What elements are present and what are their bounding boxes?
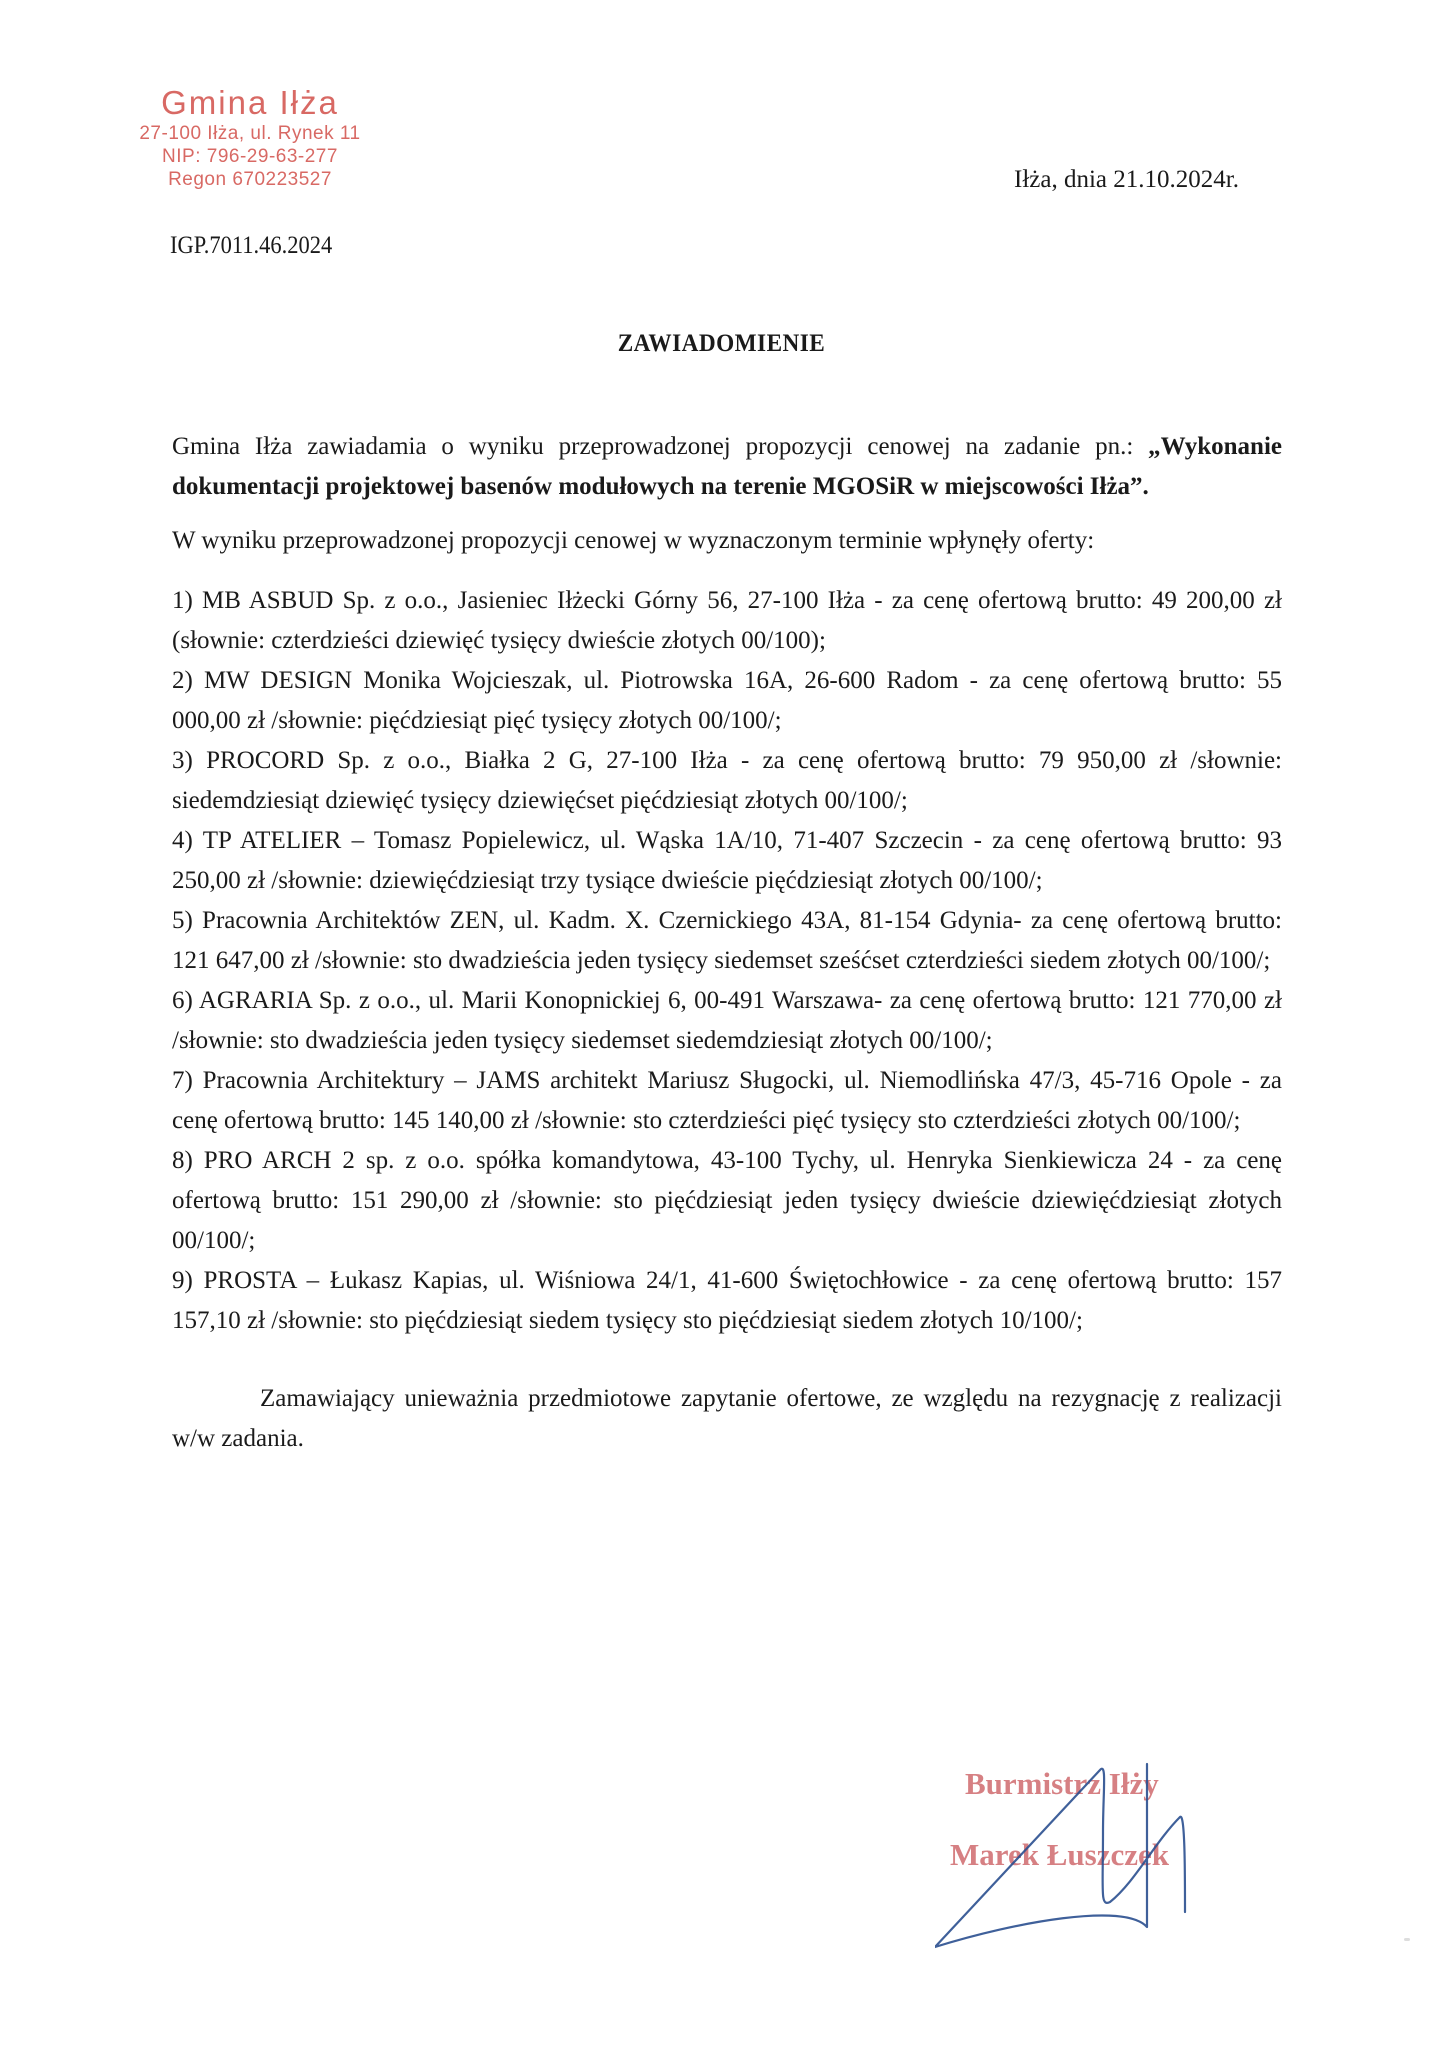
offer-number: 3) <box>172 747 193 774</box>
offer-text: PROSTA – Łukasz Kapias, ul. Wiśniowa 24/… <box>172 1267 1282 1334</box>
closing-paragraph: Zamawiający unieważnia przedmiotowe zapy… <box>172 1379 1282 1459</box>
offer-number: 9) <box>172 1267 193 1294</box>
offer-text: PROCORD Sp. z o.o., Białka 2 G, 27-100 I… <box>172 747 1282 814</box>
offer-text: MB ASBUD Sp. z o.o., Jasieniec Iłżecki G… <box>172 587 1282 654</box>
stamp-nip: NIP: 796-29-63-277 <box>100 145 400 168</box>
signature-block: Burmistrz Iłży Marek Łuszczek <box>935 1752 1215 1962</box>
municipality-stamp: Gmina Iłża 27-100 Iłża, ul. Rynek 11 NIP… <box>100 84 400 191</box>
offer-number: 7) <box>172 1067 193 1094</box>
document-body: Gmina Iłża zawiadamia o wyniku przeprowa… <box>172 427 1282 1459</box>
offers-list: 1) MB ASBUD Sp. z o.o., Jasieniec Iłżeck… <box>172 581 1282 1341</box>
offer-text: AGRARIA Sp. z o.o., ul. Marii Konopnicki… <box>172 987 1282 1054</box>
stamp-name: Gmina Iłża <box>100 84 400 122</box>
offer-item: 3) PROCORD Sp. z o.o., Białka 2 G, 27-10… <box>172 741 1282 821</box>
stamp-address: 27-100 Iłża, ul. Rynek 11 <box>100 122 400 145</box>
offer-item: 7) Pracownia Architektury – JAMS archite… <box>172 1061 1282 1141</box>
intro-paragraph: Gmina Iłża zawiadamia o wyniku przeprowa… <box>172 427 1282 507</box>
offer-number: 2) <box>172 667 193 694</box>
offer-item: 6) AGRARIA Sp. z o.o., ul. Marii Konopni… <box>172 981 1282 1061</box>
offer-text: PRO ARCH 2 sp. z o.o. spółka komandytowa… <box>172 1147 1282 1254</box>
offer-item: 9) PROSTA – Łukasz Kapias, ul. Wiśniowa … <box>172 1261 1282 1341</box>
handwritten-signature-icon <box>935 1752 1215 1962</box>
document-title: ZAWIADOMIENIE <box>51 330 1393 358</box>
offer-text: Pracownia Architektów ZEN, ul. Kadm. X. … <box>172 907 1282 974</box>
offer-number: 1) <box>172 587 193 614</box>
offer-number: 6) <box>172 987 193 1014</box>
offers-lead: W wyniku przeprowadzonej propozycji ceno… <box>172 521 1282 561</box>
intro-text: Gmina Iłża zawiadamia o wyniku przeprowa… <box>172 433 1133 460</box>
offer-text: TP ATELIER – Tomasz Popielewicz, ul. Wąs… <box>172 827 1282 894</box>
offer-item: 8) PRO ARCH 2 sp. z o.o. spółka komandyt… <box>172 1141 1282 1261</box>
offer-text: Pracownia Architektury – JAMS architekt … <box>172 1067 1282 1134</box>
offer-number: 8) <box>172 1147 193 1174</box>
offer-text: MW DESIGN Monika Wojcieszak, ul. Piotrow… <box>172 667 1282 734</box>
offer-item: 2) MW DESIGN Monika Wojcieszak, ul. Piot… <box>172 661 1282 741</box>
offer-item: 5) Pracownia Architektów ZEN, ul. Kadm. … <box>172 901 1282 981</box>
offer-number: 5) <box>172 907 193 934</box>
offer-number: 4) <box>172 827 193 854</box>
document-date: Iłża, dnia 21.10.2024r. <box>1014 166 1239 194</box>
scan-speck <box>1404 1938 1410 1941</box>
reference-number: IGP.7011.46.2024 <box>170 232 332 260</box>
offer-item: 4) TP ATELIER – Tomasz Popielewicz, ul. … <box>172 821 1282 901</box>
offer-item: 1) MB ASBUD Sp. z o.o., Jasieniec Iłżeck… <box>172 581 1282 661</box>
stamp-regon: Regon 670223527 <box>100 168 400 191</box>
